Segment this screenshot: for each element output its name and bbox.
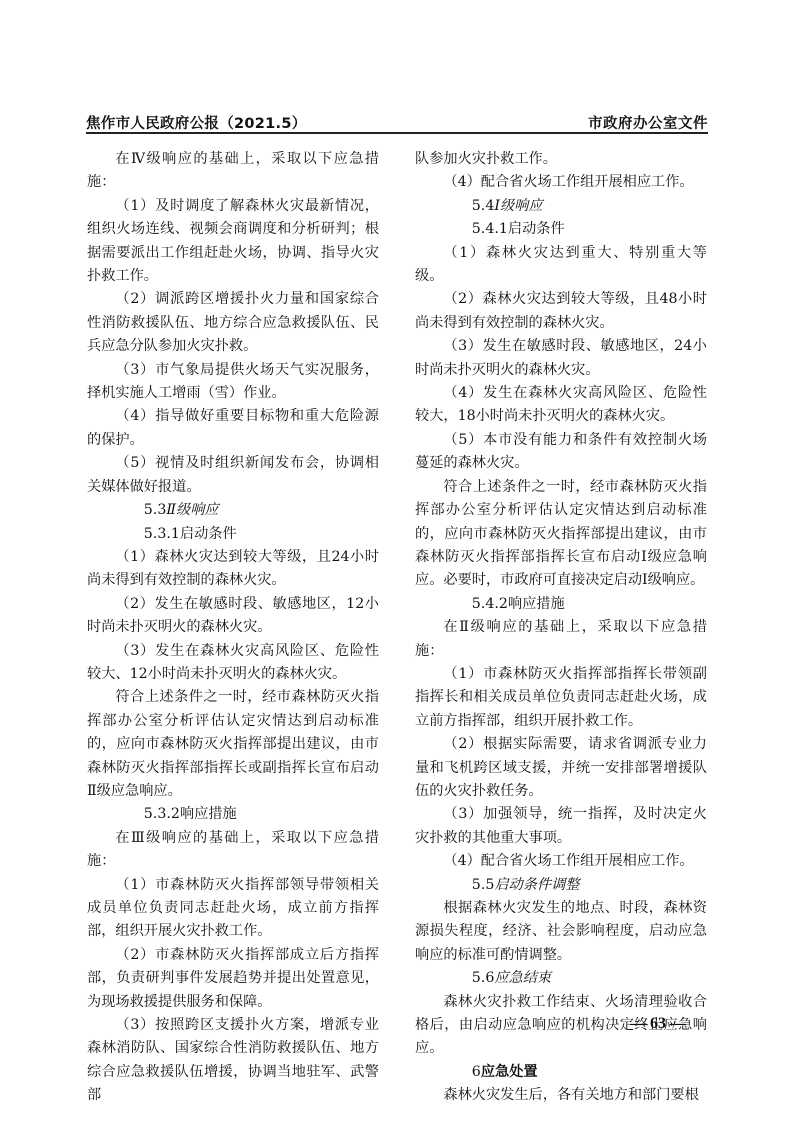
section-heading: 5.6应急结束 <box>415 967 707 990</box>
body-paragraph: 在Ⅳ级响应的基础上，采取以下应急措施： <box>87 148 379 195</box>
section-number: 5.4 <box>443 195 494 218</box>
body-paragraph: （3）加强领导，统一指挥，及时决定火灾扑救的其他重大事项。 <box>415 803 707 850</box>
section-title: 响应措施 <box>180 806 237 822</box>
section-title: 启动条件 <box>508 221 565 237</box>
section-label: 市政府办公室文件 <box>588 112 708 133</box>
body-paragraph: （5）本市没有能力和条件有效控制火场蔓延的森林火灾。 <box>415 429 707 476</box>
section-heading: 5.3.1启动条件 <box>87 523 379 546</box>
section-number: 6 <box>443 1061 480 1084</box>
section-title: 应急处置 <box>481 1064 538 1080</box>
section-heading: 5.4.1启动条件 <box>415 218 707 241</box>
page-number: — 63 — <box>630 1015 686 1033</box>
body-paragraph: （4）发生在森林火灾高风险区、危险性较大，18小时尚未扑灭明火的森林火灾。 <box>415 382 707 429</box>
body-paragraph: （3）发生在森林火灾高风险区、危险性较大、12小时尚未扑灭明火的森林火灾。 <box>87 640 379 687</box>
section-number: 5.6 <box>443 967 494 990</box>
section-heading: 5.5启动条件调整 <box>415 874 707 897</box>
section-number: 5.5 <box>443 874 494 897</box>
body-paragraph: 队参加火灾扑救工作。 <box>415 148 707 171</box>
section-title: Ⅰ级响应 <box>494 198 542 214</box>
header-rule <box>86 132 708 134</box>
body-paragraph: （1）森林火灾达到重大、特别重大等级。 <box>415 242 707 289</box>
section-heading: 5.3Ⅱ级响应 <box>87 499 379 522</box>
body-paragraph: （2）市森林防灭火指挥部成立后方指挥部，负责研判事件发展趋势并提出处置意见，为现… <box>87 944 379 1014</box>
body-paragraph: （2）调派跨区增援扑火力量和国家综合性消防救援队伍、地方综合应急救援队伍、民兵应… <box>87 288 379 358</box>
section-heading: 5.4Ⅰ级响应 <box>415 195 707 218</box>
section-number: 5.4.1 <box>443 218 508 241</box>
body-paragraph: （4）配合省火场工作组开展相应工作。 <box>415 171 707 194</box>
section-number: 5.4.2 <box>443 593 508 616</box>
body-paragraph: （1）及时调度了解森林火灾最新情况，组织火场连线、视频会商调度和分析研判；根据需… <box>87 195 379 289</box>
right-column: 队参加火灾扑救工作。（4）配合省火场工作组开展相应工作。5.4Ⅰ级响应5.4.1… <box>415 148 707 1108</box>
body-paragraph: （1）市森林防灭火指挥部领导带领相关成员单位负责同志赶赴火场，成立前方指挥部，组… <box>87 874 379 944</box>
body-paragraph: （2）森林火灾达到较大等级，且48小时尚未得到有效控制的森林火灾。 <box>415 288 707 335</box>
body-paragraph: （2）发生在敏感时段、敏感地区，12小时尚未扑灭明火的森林火灾。 <box>87 593 379 640</box>
body-paragraph: 根据森林火灾发生的地点、时段，森林资源损失程度，经济、社会影响程度，启动应急响应… <box>415 897 707 967</box>
section-title: Ⅱ级响应 <box>166 502 218 518</box>
body-paragraph: 在Ⅲ级响应的基础上，采取以下应急措施： <box>87 827 379 874</box>
section-title: 启动条件调整 <box>494 877 579 893</box>
body-paragraph: 符合上述条件之一时，经市森林防灭火指挥部办公室分析评估认定灾情达到启动标准的，应… <box>87 686 379 803</box>
section-heading: 6应急处置 <box>415 1061 707 1084</box>
section-title: 应急结束 <box>494 970 551 986</box>
section-title: 启动条件 <box>180 526 237 542</box>
section-number: 5.3.1 <box>115 523 180 546</box>
body-paragraph: 森林火灾发生后，各有关地方和部门要根 <box>415 1084 707 1107</box>
left-column: 在Ⅳ级响应的基础上，采取以下应急措施：（1）及时调度了解森林火灾最新情况，组织火… <box>87 148 379 1108</box>
body-paragraph: 在Ⅱ级响应的基础上，采取以下应急措施： <box>415 616 707 663</box>
section-title: 响应措施 <box>508 596 565 612</box>
body-paragraph: 符合上述条件之一时，经市森林防灭火指挥部办公室分析评估认定灾情达到启动标准的，应… <box>415 476 707 593</box>
body-paragraph: （1）森林火灾达到较大等级，且24小时尚未得到有效控制的森林火灾。 <box>87 546 379 593</box>
section-number: 5.3.2 <box>115 803 180 826</box>
body-paragraph: （3）按照跨区支援扑火方案，增派专业森林消防队、国家综合性消防救援队伍、地方综合… <box>87 1014 379 1108</box>
publication-title: 焦作市人民政府公报（2021.5） <box>86 112 307 133</box>
section-number: 5.3 <box>115 499 166 522</box>
body-paragraph: （4）配合省火场工作组开展相应工作。 <box>415 850 707 873</box>
body-paragraph: （3）市气象局提供火场天气实况服务，择机实施人工增雨（雪）作业。 <box>87 359 379 406</box>
body-paragraph: （5）视情及时组织新闻发布会，协调相关媒体做好报道。 <box>87 452 379 499</box>
body-paragraph: （4）指导做好重要目标物和重大危险源的保护。 <box>87 405 379 452</box>
running-header: 焦作市人民政府公报（2021.5） 市政府办公室文件 <box>86 108 708 134</box>
section-heading: 5.3.2响应措施 <box>87 803 379 826</box>
body-paragraph: （1）市森林防灭火指挥部指挥长带领副指挥长和相关成员单位负责同志赶赴火场，成立前… <box>415 663 707 733</box>
body-paragraph: （3）发生在敏感时段、敏感地区，24小时尚未扑灭明火的森林火灾。 <box>415 335 707 382</box>
body-paragraph: （2）根据实际需要，请求省调派专业力量和飞机跨区域支援，并统一安排部署增援队伍的… <box>415 733 707 803</box>
section-heading: 5.4.2响应措施 <box>415 593 707 616</box>
